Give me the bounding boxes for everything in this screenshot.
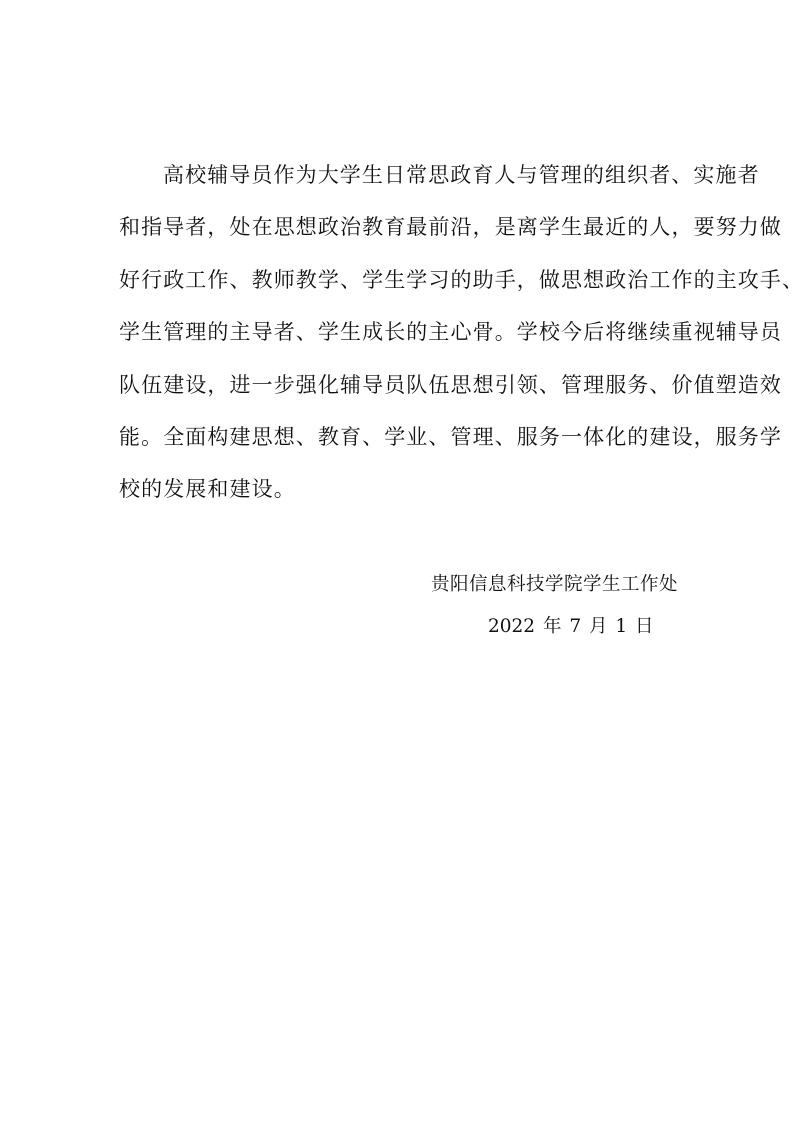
paragraph-line: 好行政工作、教师教学、学生学习的助手，做思想政治工作的主攻手、 — [119, 263, 675, 315]
paragraph-line: 能。全面构建思想、教育、学业、管理、服务一体化的建设，服务学 — [119, 420, 675, 472]
paragraph-line: 校的发展和建设。 — [119, 472, 675, 524]
signature-organization: 贵阳信息科技学院学生工作处 — [431, 570, 678, 600]
paragraph-line: 学生管理的主导者、学生成长的主心骨。学校今后将继续重视辅导员 — [119, 315, 675, 367]
signature-date: 2022 年 7 月 1 日 — [488, 612, 654, 642]
paragraph-line: 和指导者，处在思想政治教育最前沿，是离学生最近的人，要努力做 — [119, 210, 675, 262]
paragraph-line: 高校辅导员作为大学生日常思政育人与管理的组织者、实施者 — [119, 158, 675, 210]
body-paragraph: 高校辅导员作为大学生日常思政育人与管理的组织者、实施者 和指导者，处在思想政治教… — [119, 158, 675, 525]
document-page: 高校辅导员作为大学生日常思政育人与管理的组织者、实施者 和指导者，处在思想政治教… — [0, 0, 793, 1122]
paragraph-line: 队伍建设，进一步强化辅导员队伍思想引领、管理服务、价值塑造效 — [119, 368, 675, 420]
